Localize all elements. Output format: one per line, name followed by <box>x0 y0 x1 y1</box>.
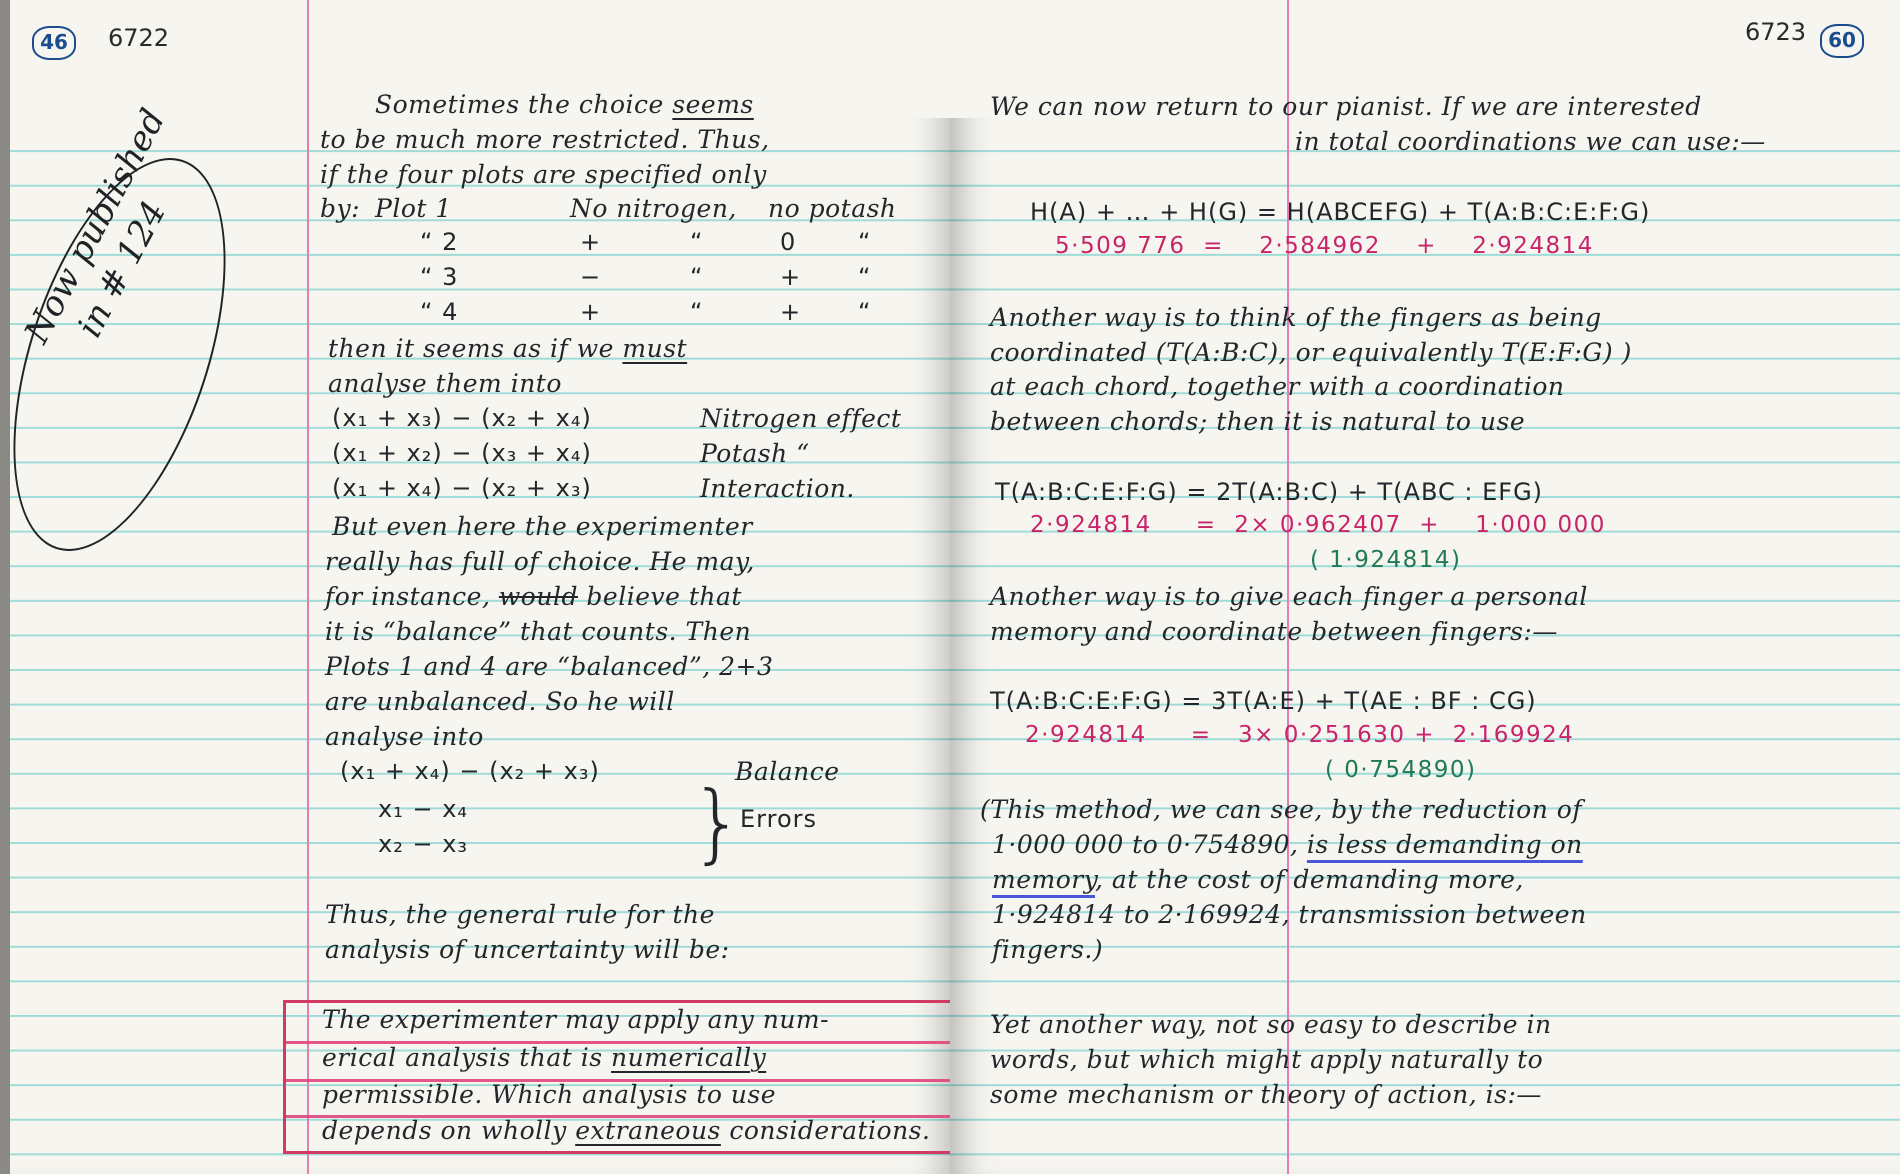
margin-line <box>307 0 309 1174</box>
text-line: are unbalanced. So he will <box>325 687 675 716</box>
page-stamp: 60 <box>1820 24 1864 58</box>
analysis-label: Potash “ <box>700 439 809 468</box>
balance-expr: (x₁ + x₄) − (x₂ + x₃) <box>340 757 600 785</box>
text-line: in total coordinations we can use:— <box>1295 127 1766 156</box>
text-line: 1·924814 to 2·169924, transmission betwe… <box>992 900 1587 929</box>
plot-nitrogen: No nitrogen, <box>570 194 737 223</box>
text-line: Another way is to think of the fingers a… <box>990 303 1602 332</box>
errors-label: Errors <box>740 805 817 833</box>
text-line: (This method, we can see, by the reducti… <box>980 795 1582 824</box>
analysis-expr: (x₁ + x₄) − (x₂ + x₃) <box>332 474 592 502</box>
page-number: 6722 <box>108 24 169 52</box>
equation-formula: H(A) + … + H(G) = H(ABCEFG) + T(A:B:C:E:… <box>1030 198 1650 226</box>
rule-line: permissible. Which analysis to use <box>322 1080 776 1109</box>
balance-label: Balance <box>735 757 840 786</box>
equation-formula: T(A:B:C:E:F:G) = 3T(A:E) + T(AE : BF : C… <box>990 687 1537 715</box>
error-expr: x₂ − x₃ <box>378 830 468 858</box>
text-line: it is “balance” that counts. Then <box>325 617 751 646</box>
equation-subtotal: ( 0·754890) <box>1325 757 1477 783</box>
plot-label: Plot 1 <box>375 194 452 223</box>
page-stamp: 46 <box>32 26 76 60</box>
equation-values: 5·509 776 = 2·584962 + 2·924814 <box>1055 233 1594 259</box>
text-line: memory and coordinate between fingers:— <box>990 617 1558 646</box>
equation-values: 2·924814 = 3× 0·251630 + 2·169924 <box>1025 722 1574 748</box>
analysis-label: Nitrogen effect <box>700 404 901 433</box>
text-line: analyse them into <box>328 369 562 398</box>
text-line: coordinated (T(A:B:C), or equivalently T… <box>990 338 1632 367</box>
brace-icon: } <box>690 780 745 866</box>
error-expr: x₁ − x₄ <box>378 795 468 823</box>
text-line: for instance, would believe that <box>325 582 742 611</box>
text-line: by: <box>320 194 360 223</box>
text-line: analysis of uncertainty will be: <box>325 935 730 964</box>
page-number: 6723 <box>1745 18 1806 46</box>
text-line: between chords; then it is natural to us… <box>990 407 1525 436</box>
text-line: Plots 1 and 4 are “balanced”, 2+3 <box>325 652 773 681</box>
text-line: to be much more restricted. Thus, <box>320 125 770 154</box>
text-line: if the four plots are specified only <box>320 160 767 189</box>
text-line: Yet another way, not so easy to describe… <box>990 1010 1552 1039</box>
text-line: then it seems as if we must <box>328 334 687 363</box>
text-line: 1·000 000 to 0·754890, is less demanding… <box>992 830 1583 859</box>
analysis-expr: (x₁ + x₂) − (x₃ + x₄) <box>332 439 592 467</box>
text-line: Another way is to give each finger a per… <box>990 582 1588 611</box>
text-line: Sometimes the choice seems <box>375 90 754 119</box>
rule-line: The experimenter may apply any num- <box>322 1005 829 1034</box>
equation-subtotal: ( 1·924814) <box>1310 547 1462 573</box>
text-line: memory, at the cost of demanding more, <box>992 865 1524 894</box>
analysis-label: Interaction. <box>700 474 855 503</box>
text-line: analyse into <box>325 722 484 751</box>
plot-potash: no potash <box>768 194 897 223</box>
rule-line: erical analysis that is numerically <box>322 1043 766 1072</box>
equation-formula: T(A:B:C:E:F:G) = 2T(A:B:C) + T(ABC : EFG… <box>995 478 1543 506</box>
text-line: But even here the experimenter <box>332 512 753 541</box>
equation-values: 2·924814 = 2× 0·962407 + 1·000 000 <box>1030 512 1606 538</box>
notebook-left-page: 46 6722 Now published in # 124 Sometimes… <box>0 0 950 1174</box>
notebook-right-page: 6723 60 We can now return to our pianist… <box>950 0 1900 1174</box>
text-line: really has full of choice. He may, <box>325 547 755 576</box>
text-line: some mechanism or theory of action, is:— <box>990 1080 1542 1109</box>
text-line: Thus, the general rule for the <box>325 900 715 929</box>
rule-line: depends on wholly extraneous considerati… <box>322 1116 930 1145</box>
text-line: We can now return to our pianist. If we … <box>990 92 1702 121</box>
analysis-expr: (x₁ + x₃) − (x₂ + x₄) <box>332 404 592 432</box>
text-line: fingers.) <box>992 935 1103 964</box>
text-line: at each chord, together with a coordinat… <box>990 372 1564 401</box>
text-line: words, but which might apply naturally t… <box>990 1045 1543 1074</box>
